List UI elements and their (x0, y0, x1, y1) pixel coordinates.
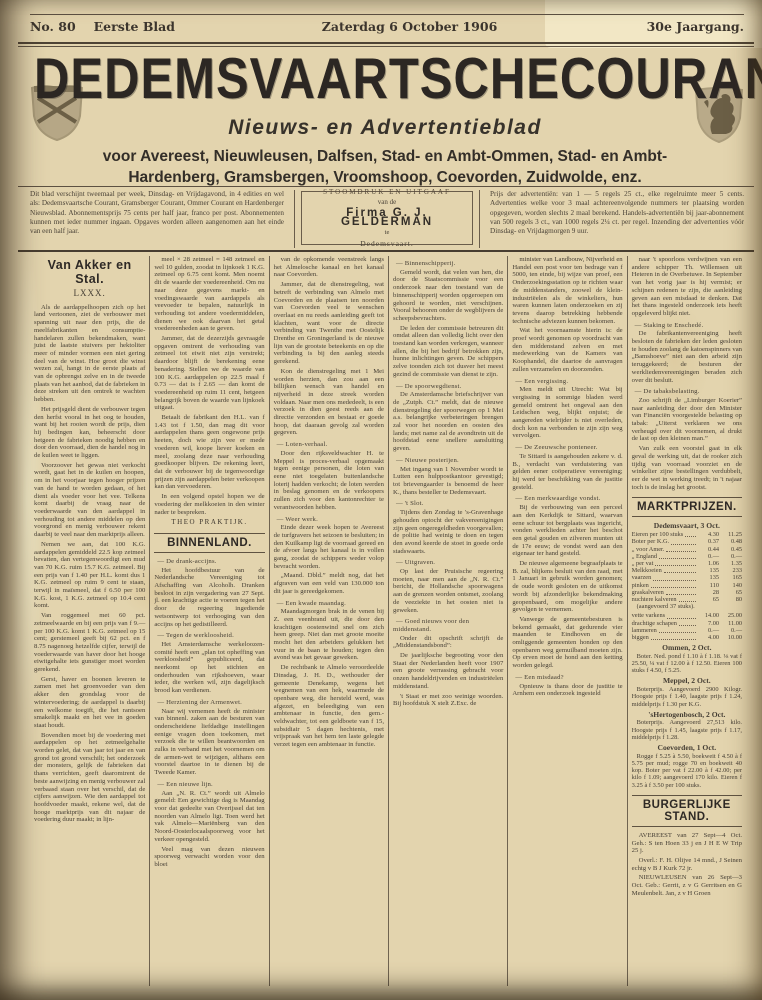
article-columns: Van Akker en Stal.LXXX.Als de aardappelh… (30, 256, 746, 986)
newspaper-title: DEDEMSVAARTSCHE COURANT (30, 46, 740, 112)
publisher-name: Firma G. J. GELDERMAN (302, 209, 472, 228)
market-city-heading: 'sHertogenbosch, 2 Oct. (632, 711, 742, 719)
paragraph: Opnieuw is thans door de justitie te Arn… (512, 683, 622, 698)
item-heading: — Weer werk. (274, 516, 384, 524)
paragraph: Men meldt uit Utrecht: Wat bij vergissin… (512, 386, 622, 440)
market-label: Boter per K.G. (632, 538, 669, 545)
market-row: „ voor Amer.0.440.45 (632, 546, 742, 553)
item-heading: — Een merkwaardige vondst. (512, 495, 622, 503)
column-4: — Binnenschipperij.Gemeld wordt, dat vel… (388, 256, 507, 986)
market-label: nuchtere kalveren (632, 596, 677, 603)
market-note: (aangevoerd 37 stuks). (632, 603, 742, 610)
leader-dots (651, 587, 696, 588)
market-value-high: 11.00 (721, 620, 742, 627)
paragraph: Zoo schrijft de „Limburger Koerier” naar… (632, 397, 742, 443)
market-value-high: 0.— (721, 553, 742, 560)
market-city-heading: Coevorden, 1 Oct. (632, 744, 742, 752)
leader-dots (659, 632, 696, 633)
market-note: Boterprijs. Aangevoerd 2900 Kilogr. Hoog… (632, 686, 742, 708)
paragraph: De leden der commissie betreuren dit omd… (393, 325, 503, 379)
title-word-2: COURANT (560, 46, 762, 112)
leader-dots (651, 639, 696, 640)
market-value-high: 11.25 (721, 531, 742, 538)
market-note: Boterprijs. Aangevoerd 27,513 kilo. Hoog… (632, 719, 742, 741)
market-value-low: 110 (698, 582, 719, 589)
paragraph: NIEUWLEUSEN van 26 Sept—3 Oct. Geb.: Ger… (632, 874, 742, 897)
item-heading: — Nieuwe posterijen. (393, 457, 503, 465)
market-value-high: 140 (721, 582, 742, 589)
chapter-number: LXXX. (34, 290, 145, 298)
paragraph: Het prijsgeld dient de verbouwer tegen d… (34, 406, 145, 460)
market-row: vaarzen135165 (632, 574, 742, 581)
market-value-low: 0.37 (698, 538, 719, 545)
volume-label: 30e Jaargang. (544, 19, 744, 34)
market-value-low: 65 (698, 596, 719, 603)
paragraph: Betaalt de fabrikant den H.L. van f 1.43… (154, 414, 264, 491)
leader-dots (653, 580, 696, 581)
market-label: drachtige schapen (632, 620, 677, 627)
publisher-cell: STOOMDRUK EN UITGAAF van de Firma G. J. … (294, 190, 480, 248)
market-value-low: 14.00 (698, 612, 719, 619)
market-value-low: 28 (698, 589, 719, 596)
paragraph: Door den rijksveldwachter H. te Meppel i… (274, 450, 384, 512)
paragraph: Bovendien moet bij de voedering met aard… (34, 732, 145, 824)
paragraph: Naar wij vernemen heeft de minister van … (154, 708, 264, 777)
paragraph: Gemeld wordt, dat velen van hen, die doo… (393, 269, 503, 323)
column-3: van de opkomende veenstreek langs het Al… (269, 256, 388, 986)
market-note: Boter. Ned. pond f 1.10 à f 1.18. ⅛ vat … (632, 653, 742, 675)
market-value-low: 0.44 (698, 546, 719, 553)
paragraph: Jammer, dat de dezerzijds gevraagde opga… (154, 335, 264, 412)
body-top-rule (18, 250, 754, 252)
paragraph: Van roggemeel met 60 pct. zetmeelwaarde … (34, 612, 145, 674)
item-heading: — Tegen de werkloosheid. (154, 632, 264, 640)
market-city-heading: Meppel, 2 Oct. (632, 677, 742, 685)
paragraph: meel × 28 zetmeel = 148 zetmeel en wel 1… (154, 256, 264, 333)
market-note: Rogge f 5.25 à 5.50, boekweit f 4.50 à f… (632, 753, 742, 789)
subscription-terms: Dit blad verschijnt tweemaal per week, D… (30, 190, 284, 248)
paragraph: Veel mag van dezen nieuwen spoorweg verw… (154, 846, 264, 869)
market-label: graskalveren (632, 589, 664, 596)
leader-dots (659, 558, 696, 559)
market-value-low: 135 (698, 567, 719, 574)
item-heading: — Staking te Enschedé. (632, 322, 742, 330)
section-heading: MARKTPRIJZEN. (632, 497, 742, 517)
colophon-top-rule (18, 186, 754, 187)
edition-label: Eerste Blad (94, 19, 175, 34)
market-label: lammeren (632, 627, 657, 634)
market-label: pinken (632, 582, 649, 589)
paragraph: Wat het voornaamste hierin is: de proef … (512, 327, 622, 373)
item-heading: — De Zeeuwsche ponteneer. (512, 444, 622, 452)
coverage-tagline: voor Avereest, Nieuwleusen, Dalfsen, Sta… (85, 146, 685, 188)
leader-dots (666, 551, 696, 552)
section-heading: BINNENLAND. (154, 533, 264, 553)
column-2: meel × 28 zetmeel = 148 zetmeel en wel 1… (149, 256, 268, 986)
paragraph: Onder dit opschrift schrijft de „Middens… (393, 635, 503, 650)
leader-dots (655, 565, 696, 566)
paragraph: De nieuwe algemeene begraafplaats te B. … (512, 560, 622, 614)
paragraph: Voorzoover het gewas niet verkocht wordt… (34, 462, 145, 539)
publisher-line: STOOMDRUK EN UITGAAF (302, 188, 472, 197)
market-value-high: 80 (721, 596, 742, 603)
paragraph: De fabrikantenvereeniging heeft besloten… (632, 330, 742, 384)
market-value-high: 233 (721, 567, 742, 574)
paragraph: Bij de verbouwing van een perceel aan de… (512, 504, 622, 558)
item-heading: — Herziening der Armenwet. (154, 699, 264, 707)
paragraph: Vanwege de gemeentebesturen is bekend ge… (512, 616, 622, 670)
market-value-high: 1.35 (721, 560, 742, 567)
publisher-place: Dedemsvaart. (302, 239, 472, 248)
paragraph: In een volgend opstel hopen we de voeder… (154, 493, 264, 516)
market-value-low: 1.06 (698, 560, 719, 567)
market-row: graskalveren2865 (632, 589, 742, 596)
paragraph: Met ingang van 1 November wordt te Lutte… (393, 466, 503, 497)
paragraph: De jaarlijksche begrooting voor den Staa… (393, 652, 503, 691)
paragraph: Aan „N. R. Ct.” wordt uit Almelo gemeld:… (154, 790, 264, 844)
leader-dots (685, 536, 696, 537)
item-heading: — De spoorwegdienst. (393, 383, 503, 391)
item-heading: — De drank-accijns. (154, 558, 264, 566)
paragraph: Het hoofdbestuur van de Nederlandsche Ve… (154, 567, 264, 629)
item-heading: — De tabaksbelasting. (632, 388, 742, 396)
paragraph: Van zulk een voorstel gaat in elk geval … (632, 445, 742, 491)
market-value-high: 65 (721, 589, 742, 596)
market-row: vette varkens14.0025.00 (632, 612, 742, 619)
market-city-heading: Ommen, 2 Oct. (632, 644, 742, 652)
market-row: „ per vat1.061.35 (632, 560, 742, 567)
author-signature: THEO PRAKTIJK. (154, 519, 264, 527)
issue-and-edition: No. 80 Eerste Blad (30, 19, 275, 34)
paragraph: Te Sittard is aangehouden zekere v. d. B… (512, 453, 622, 492)
newspaper-page: No. 80 Eerste Blad Zaterdag 6 October 19… (0, 0, 762, 1000)
market-value-low: 0.— (698, 553, 719, 560)
item-heading: — Een misdaad? (512, 674, 622, 682)
advertising-rates: Prijs der advertentiën: van 1 — 5 regels… (490, 190, 744, 248)
market-value-high: 10.00 (721, 634, 742, 641)
paragraph: naar 't spoorloos verdwijnen van een and… (632, 256, 742, 318)
leader-dots (671, 544, 696, 545)
market-row: Boter per K.G.0.370.48 (632, 538, 742, 545)
item-heading: — Loten-verhaal. (274, 441, 384, 449)
article-title: Van Akker en Stal. (34, 258, 145, 286)
paragraph: De rechtbank te Almelo veroordeelde Dins… (274, 664, 384, 749)
market-label: „ England (632, 553, 657, 560)
market-label: „ voor Amer. (632, 546, 665, 553)
leader-dots (679, 601, 696, 602)
market-row: „ England0.—0.— (632, 553, 742, 560)
paragraph: Maandagmorgen brak in de venen bij Z. ee… (274, 608, 384, 662)
paragraph: „Maand. Dbld.” meldt nog, dat het afgrav… (274, 572, 384, 595)
market-row: biggen4.0010.00 (632, 634, 742, 641)
issue-number: No. 80 (30, 19, 76, 34)
paragraph: Jammer, dat de dienstregeling, wat betre… (274, 281, 384, 366)
market-row: drachtige schapen7.0011.00 (632, 620, 742, 627)
leader-dots (664, 572, 696, 573)
top-bar: No. 80 Eerste Blad Zaterdag 6 October 19… (30, 14, 744, 34)
newspaper-subtitle: Nieuws- en Advertentieblad (30, 116, 740, 140)
item-heading: — Uitgraven. (393, 559, 503, 567)
leader-dots (666, 594, 696, 595)
market-value-low: 4.00 (698, 634, 719, 641)
paragraph: Gerst, haver en boonen leveren te zamen … (34, 676, 145, 730)
market-value-low: 0.— (698, 627, 719, 634)
paragraph: Op last der Pruisische regeering moeten,… (393, 568, 503, 614)
market-label: biggen (632, 634, 649, 641)
paragraph: AVEREEST van 27 Sept—4 Oct. Geh.: S ten … (632, 832, 742, 855)
market-label: vette varkens (632, 612, 665, 619)
market-value-high: 0.45 (721, 546, 742, 553)
paragraph: Kon de dienstregeling met 1 Mei worden h… (274, 368, 384, 437)
market-label: Melkkoeien (632, 567, 662, 574)
paragraph: Als de aardappelhoopen zich op het land … (34, 304, 145, 404)
title-word-1: DEDEMSVAARTSCHE (34, 46, 560, 112)
section-heading: BURGERLIJKE STAND. (632, 795, 742, 827)
market-value-high: 25.00 (721, 612, 742, 619)
market-value-high: 165 (721, 574, 742, 581)
column-1: Van Akker en Stal.LXXX.Als de aardappelh… (30, 256, 149, 986)
market-value-high: 0.— (721, 627, 742, 634)
paragraph: minister van Landbouw, Nijverheid en Han… (512, 256, 622, 325)
paragraph: Tijdens den Zondag te 's-Gravenhage geho… (393, 509, 503, 555)
issue-date: Zaterdag 6 October 1906 (275, 19, 544, 34)
market-value-low: 135 (698, 574, 719, 581)
publisher-box: STOOMDRUK EN UITGAAF van de Firma G. J. … (301, 191, 473, 245)
publisher-line: te (302, 228, 472, 237)
item-heading: — Goed nieuws voor den middenstand. (393, 618, 503, 633)
paragraph: Nemen we aan, dat 100 K.G. aardappelen g… (34, 541, 145, 610)
item-heading: — Een nieuwe lijn. (154, 781, 264, 789)
market-city-heading: Dedemsvaart, 3 Oct. (632, 522, 742, 530)
paragraph: Einde dezer week hopen te Avereest de tu… (274, 524, 384, 570)
market-row: Melkkoeien135233 (632, 567, 742, 574)
item-heading: — Binnenschipperij. (393, 260, 503, 268)
leader-dots (667, 618, 696, 619)
column-5: minister van Landbouw, Nijverheid en Han… (507, 256, 626, 986)
market-label: vaarzen (632, 574, 652, 581)
market-row: pinken110140 (632, 582, 742, 589)
paragraph: van de opkomende veenstreek langs het Al… (274, 256, 384, 279)
paragraph: De Amsterdamsche briefschrijver van de „… (393, 391, 503, 453)
paragraph: Het Amsterdamsche werkeloozen-comité hee… (154, 641, 264, 695)
colophon-row: Dit blad verschijnt tweemaal per week, D… (30, 190, 744, 248)
paragraph: Overl.: F. H. Olijve 14 mnd., J Seinen e… (632, 857, 742, 872)
item-heading: — Een kwade maandag. (274, 600, 384, 608)
masthead: DEDEMSVAARTSCHE COURANT Nieuws- en Adver… (30, 46, 740, 188)
market-value-low: 4.30 (698, 531, 719, 538)
leader-dots (679, 625, 696, 626)
item-heading: — 't Slot. (393, 500, 503, 508)
market-value-high: 0.48 (721, 538, 742, 545)
market-label: „ per vat (632, 560, 654, 567)
market-value-low: 7.00 (698, 620, 719, 627)
item-heading: — Een vergissing. (512, 378, 622, 386)
column-6: naar 't spoorloos verdwijnen van een and… (627, 256, 746, 986)
market-row: nuchtere kalveren6580 (632, 596, 742, 603)
market-row: Eieren per 100 stuks4.3011.25 (632, 531, 742, 538)
market-label: Eieren per 100 stuks (632, 531, 684, 538)
paragraph: 't Staat er met zoo weinige woorden. Bij… (393, 693, 503, 708)
market-row: lammeren0.—0.— (632, 627, 742, 634)
